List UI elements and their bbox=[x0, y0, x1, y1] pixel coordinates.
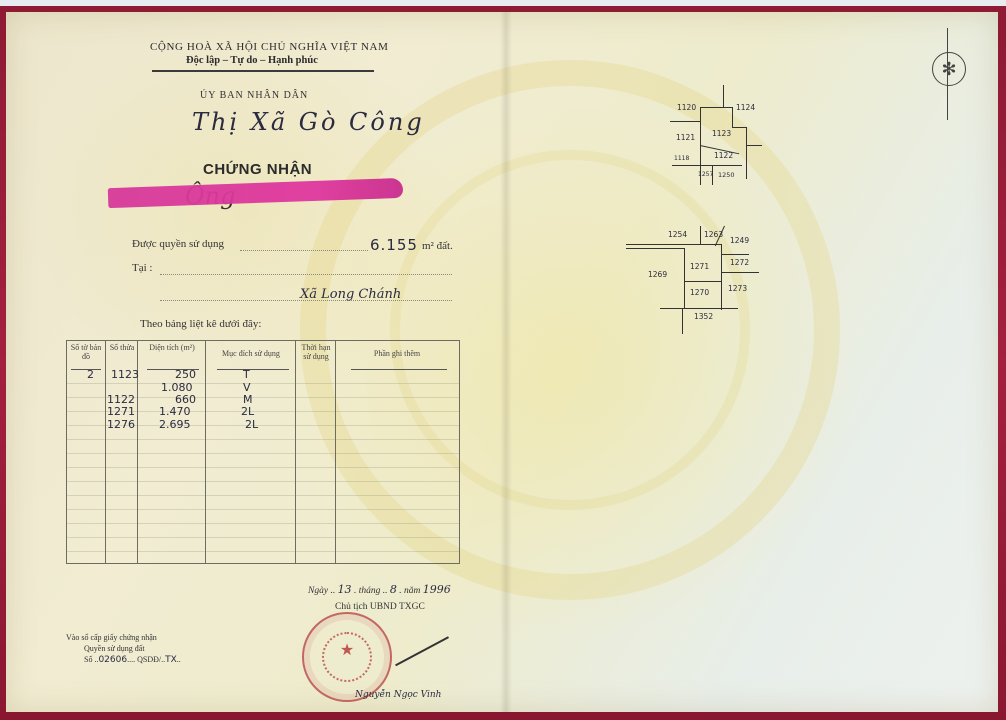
map-label: 1269 bbox=[648, 270, 667, 279]
registration-number: Số ..02606.... QSDĐ/..TX.. bbox=[84, 655, 181, 665]
signer-name: Nguyễn Ngọc Vinh bbox=[355, 690, 441, 700]
seal-star-icon: ★ bbox=[304, 640, 390, 660]
map-label: 1273 bbox=[728, 284, 747, 293]
registration-suffix: QSDĐ/ bbox=[137, 655, 161, 664]
cell-parcel: 1123 bbox=[111, 368, 139, 381]
col-divider bbox=[335, 341, 336, 563]
cell-purpose: 2L bbox=[245, 418, 258, 431]
issue-date: Ngày .. 13 . tháng .. 8 . năm 1996 bbox=[308, 583, 451, 596]
compass-circle: ✻ bbox=[932, 52, 966, 86]
area-dotted-line bbox=[240, 250, 368, 251]
table-intro: Theo bảng liệt kê dưới đây: bbox=[140, 318, 261, 330]
map-label: 1123 bbox=[712, 129, 731, 138]
map-line bbox=[672, 165, 742, 166]
parcel-table: Số tờ bản đồ Số thửa Diện tích (m²) Mục … bbox=[66, 340, 460, 564]
official-seal: ★ bbox=[302, 612, 392, 702]
location-value: Xã Long Chánh bbox=[300, 287, 401, 302]
cell-area: 250 bbox=[175, 368, 196, 381]
date-month: 8 bbox=[390, 583, 397, 596]
map-line bbox=[626, 244, 721, 245]
header-term: Thời hạn sử dụng bbox=[297, 343, 335, 361]
row-rule bbox=[67, 467, 459, 468]
area-value: 6.155 bbox=[370, 236, 418, 254]
map-label: 1121 bbox=[676, 133, 695, 142]
row-rule bbox=[67, 551, 459, 552]
date-year: 1996 bbox=[423, 583, 451, 596]
page-fold bbox=[500, 12, 512, 712]
row-rule bbox=[67, 495, 459, 496]
registration-suffix-value: TX bbox=[165, 655, 177, 665]
issuer-heading: ỦY BAN NHÂN DÂN bbox=[200, 90, 308, 101]
row-rule bbox=[67, 481, 459, 482]
cell-parcel: 1271 bbox=[107, 405, 135, 418]
map-label: 1120 bbox=[677, 103, 696, 112]
cell-area: 1.470 bbox=[159, 405, 191, 418]
map-line bbox=[732, 127, 746, 128]
date-year-label: năm bbox=[404, 586, 420, 596]
header-purpose: Mục đích sử dụng bbox=[207, 349, 295, 358]
header-rule bbox=[351, 369, 447, 370]
map-line bbox=[660, 308, 738, 309]
registration-number-value: 02606 bbox=[98, 655, 127, 665]
map-line bbox=[721, 254, 749, 255]
location-dotted-line-1 bbox=[160, 274, 452, 275]
header-map-sheet: Số tờ bản đồ bbox=[67, 343, 105, 361]
date-day: 13 bbox=[338, 583, 352, 596]
area-label: Được quyền sử dụng bbox=[132, 238, 224, 250]
date-month-label: tháng bbox=[359, 586, 381, 596]
cell-map-sheet: 2 bbox=[87, 368, 94, 381]
issuer-name: Thị Xã Gò Công bbox=[192, 108, 425, 136]
map-line bbox=[746, 149, 747, 179]
header-rule bbox=[152, 70, 374, 72]
map-line bbox=[682, 308, 683, 334]
map-line bbox=[700, 226, 701, 244]
registration-line-1: Vào sổ cấp giấy chứng nhận bbox=[66, 633, 157, 642]
map-line bbox=[626, 248, 684, 249]
row-rule bbox=[67, 523, 459, 524]
row-rule bbox=[67, 509, 459, 510]
registration-line-2: Quyền sử dụng đất bbox=[84, 644, 145, 653]
row-rule bbox=[67, 453, 459, 454]
map-label: 1124 bbox=[736, 103, 755, 112]
date-day-label: Ngày bbox=[308, 586, 328, 596]
map-line bbox=[700, 107, 732, 108]
parcel-map-bottom: 1254 1263 1249 1269 1271 1272 1270 1273 … bbox=[624, 226, 760, 334]
map-label: 1272 bbox=[730, 258, 749, 267]
row-rule bbox=[67, 439, 459, 440]
map-line bbox=[684, 281, 721, 282]
cell-purpose: T bbox=[243, 368, 250, 381]
header-parcel: Số thửa bbox=[107, 343, 137, 352]
col-divider bbox=[105, 341, 106, 563]
col-divider bbox=[205, 341, 206, 563]
map-label: 1249 bbox=[730, 236, 749, 245]
map-label: 1122 bbox=[714, 151, 733, 160]
map-line bbox=[732, 107, 733, 127]
national-motto: Độc lập – Tự do – Hạnh phúc bbox=[186, 55, 318, 66]
map-line bbox=[684, 248, 685, 308]
cell-purpose: 2L bbox=[241, 405, 254, 418]
area-unit: m² đất. bbox=[422, 240, 453, 252]
header-rule bbox=[217, 369, 289, 370]
row-rule bbox=[67, 383, 459, 384]
map-line bbox=[723, 85, 724, 107]
map-label: 1270 bbox=[690, 288, 709, 297]
map-line bbox=[746, 145, 762, 146]
map-label: 1352 bbox=[694, 312, 713, 321]
map-line bbox=[670, 121, 700, 122]
row-rule bbox=[67, 537, 459, 538]
certificate-title: CHỨNG NHẬN bbox=[203, 161, 312, 178]
col-divider bbox=[295, 341, 296, 563]
location-label: Tại : bbox=[132, 262, 152, 274]
map-label: 1257 bbox=[698, 171, 713, 178]
cell-area: 2.695 bbox=[159, 418, 191, 431]
map-label: 1263 bbox=[704, 230, 723, 239]
parcel-map-top: 1120 1124 1121 1123 1122 1118 1257 1250 bbox=[660, 85, 770, 185]
map-label: 1271 bbox=[690, 262, 709, 271]
header-note: Phần ghi thêm bbox=[337, 349, 457, 358]
header-area: Diện tích (m²) bbox=[139, 343, 205, 352]
signer-title: Chủ tịch UBND TXGC bbox=[335, 602, 425, 612]
north-compass-icon: ✻ bbox=[928, 28, 968, 120]
national-header: CỘNG HOÀ XÃ HỘI CHỦ NGHĨA VIỆT NAM bbox=[150, 41, 388, 53]
map-label: 1254 bbox=[668, 230, 687, 239]
header-rule bbox=[71, 369, 101, 370]
map-label: 1118 bbox=[674, 155, 689, 162]
map-line bbox=[721, 272, 759, 273]
registration-number-label: Số bbox=[84, 655, 92, 664]
map-label: 1250 bbox=[718, 171, 735, 179]
cell-parcel: 1276 bbox=[107, 418, 135, 431]
